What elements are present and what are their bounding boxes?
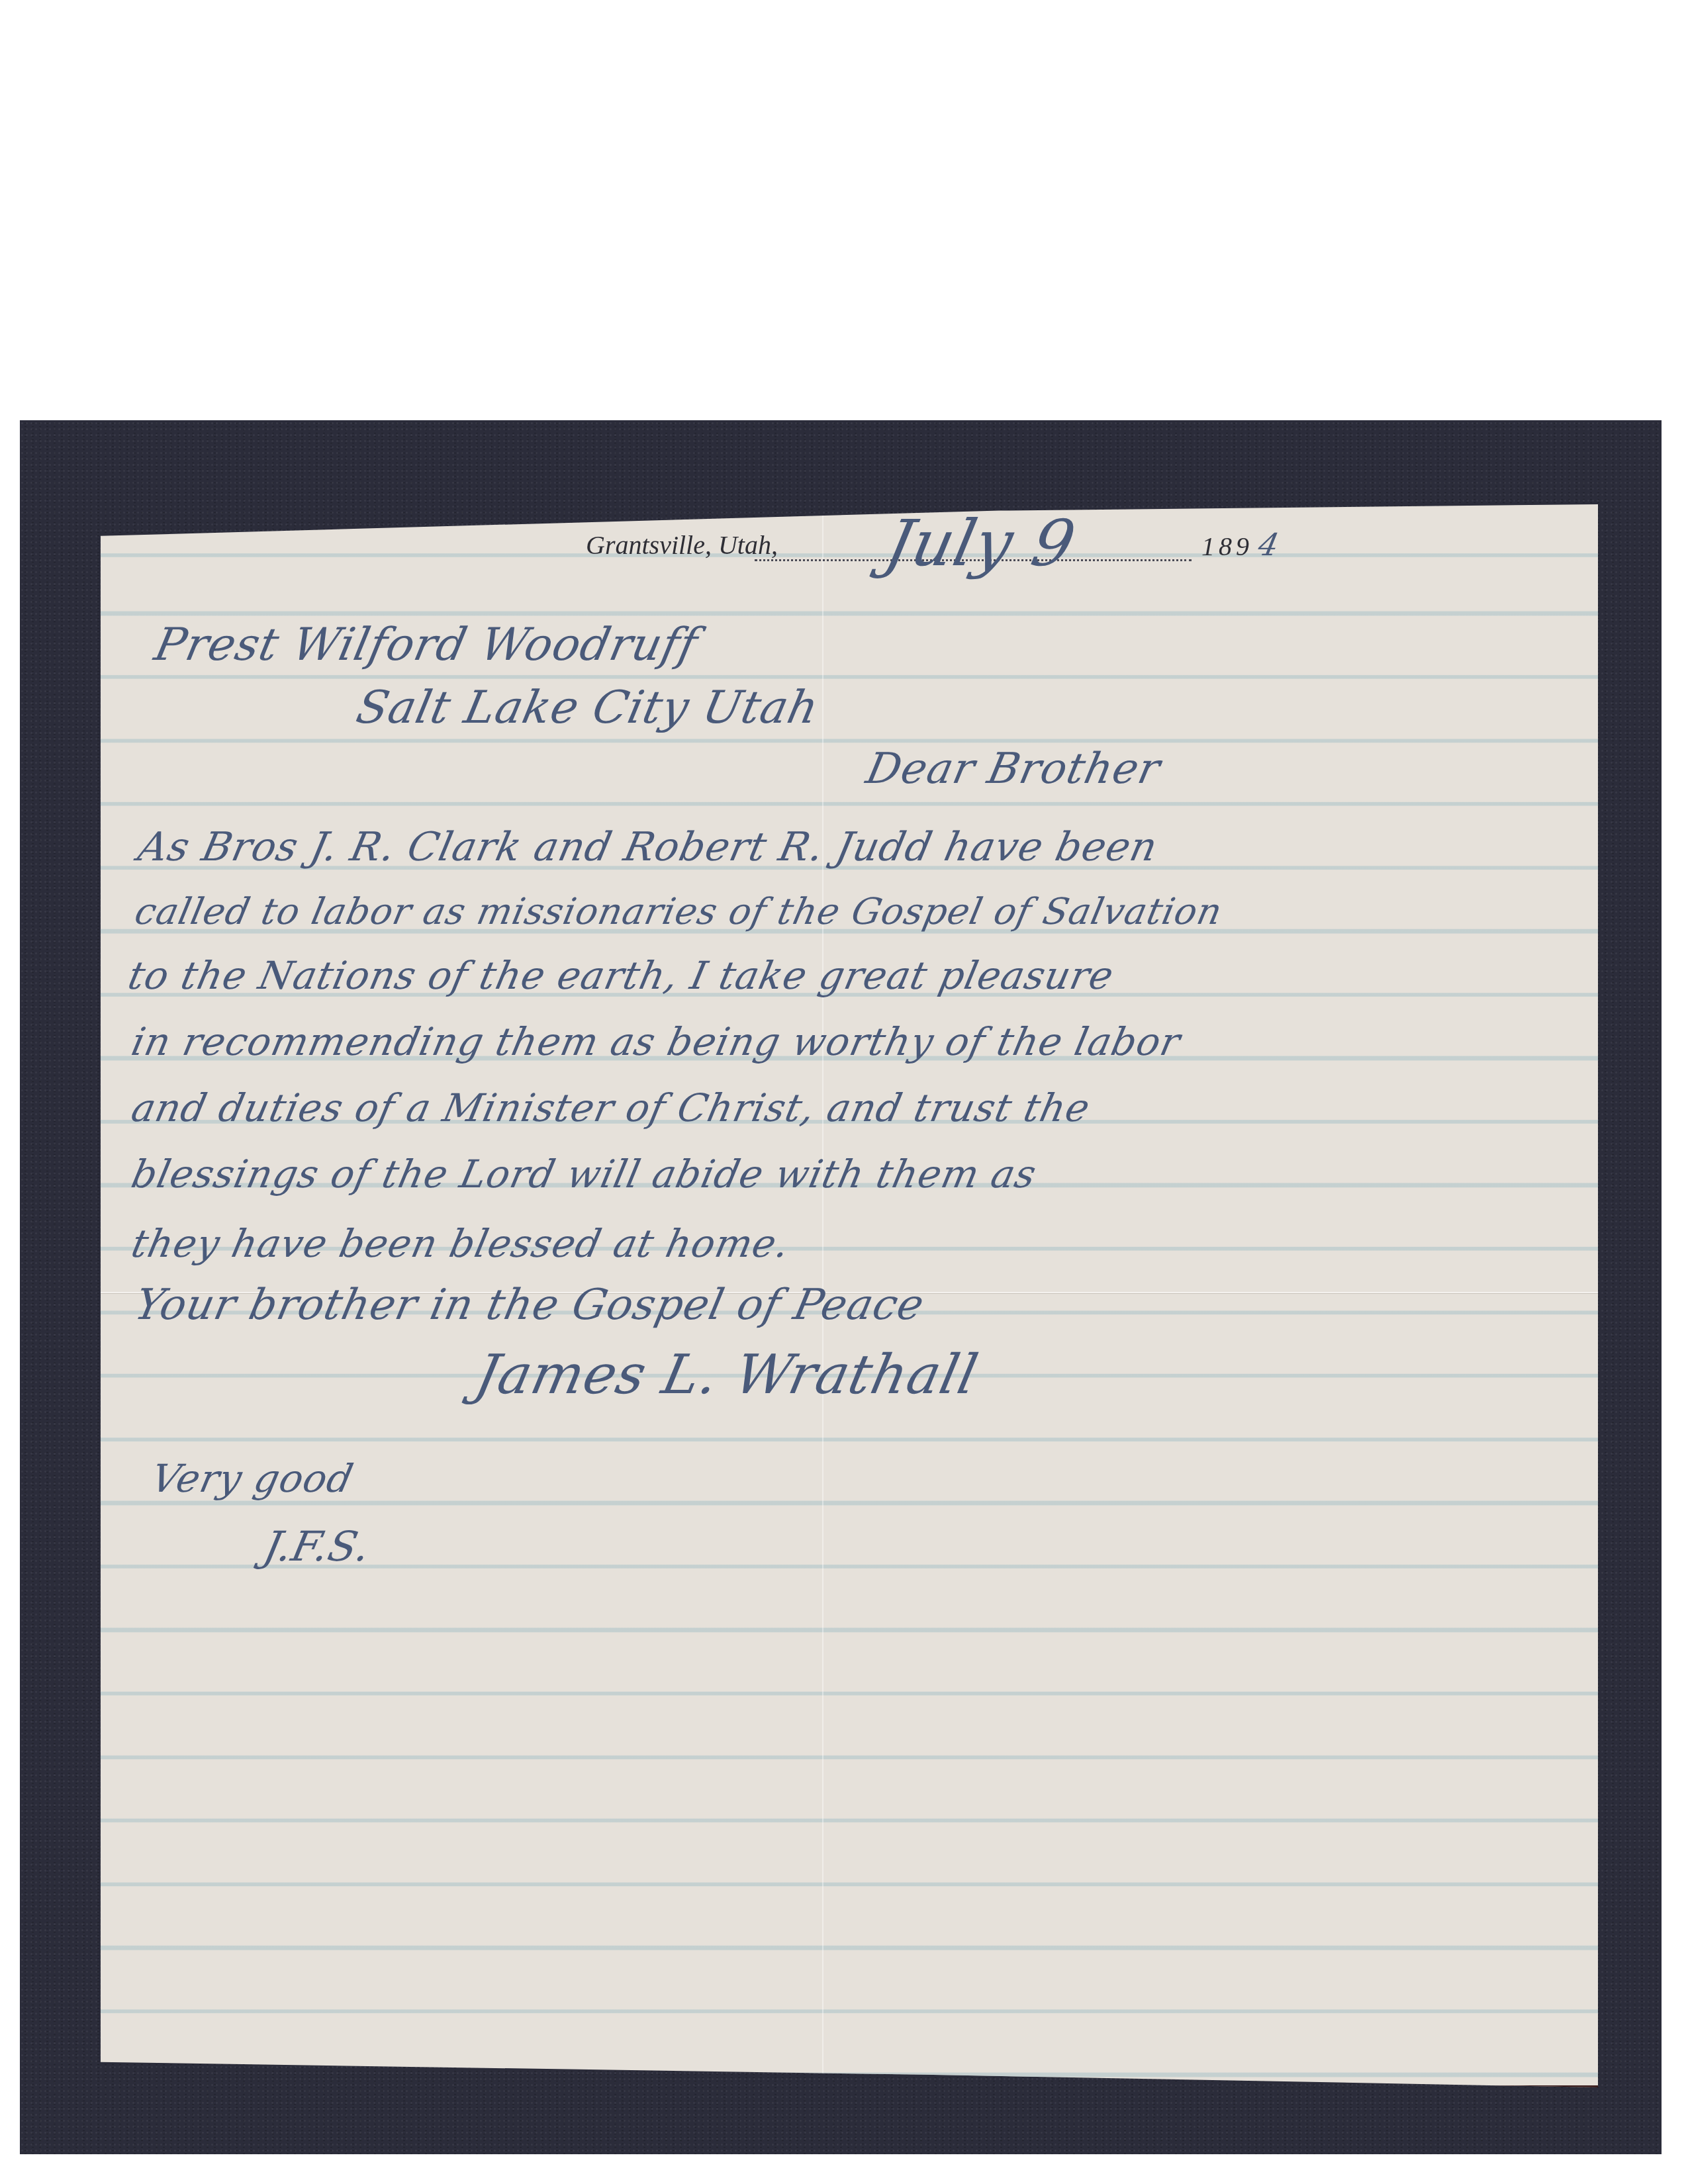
body-line: they have been blessed at home.	[128, 1221, 794, 1266]
salutation: Dear Brother	[862, 745, 1165, 794]
body-line: and duties of a Minister of Christ, and …	[128, 1085, 1094, 1130]
annotation-note: Very good	[148, 1456, 357, 1501]
addressee-name: Prest Wilford Woodruff	[150, 619, 702, 671]
letterhead-year-prefix: 189	[1201, 531, 1253, 562]
body-line: As Bros J. R. Clark and Robert R. Judd h…	[134, 824, 1162, 870]
body-line: called to labor as missionaries of the G…	[131, 890, 1226, 933]
annotation-initials: J.F.S.	[259, 1522, 375, 1570]
body-line: in recommending them as being worthy of …	[128, 1019, 1185, 1064]
letterhead-place: Grantsville, Utah,	[586, 529, 778, 561]
closing: Your brother in the Gospel of Peace	[130, 1281, 929, 1330]
letter-date: July 9	[879, 506, 1082, 580]
addressee-location: Salt Lake City Utah	[352, 682, 823, 734]
body-line: to the Nations of the earth, I take grea…	[124, 953, 1118, 998]
body-line: blessings of the Lord will abide with th…	[128, 1152, 1041, 1197]
signature: James L. Wrathall	[470, 1343, 984, 1406]
